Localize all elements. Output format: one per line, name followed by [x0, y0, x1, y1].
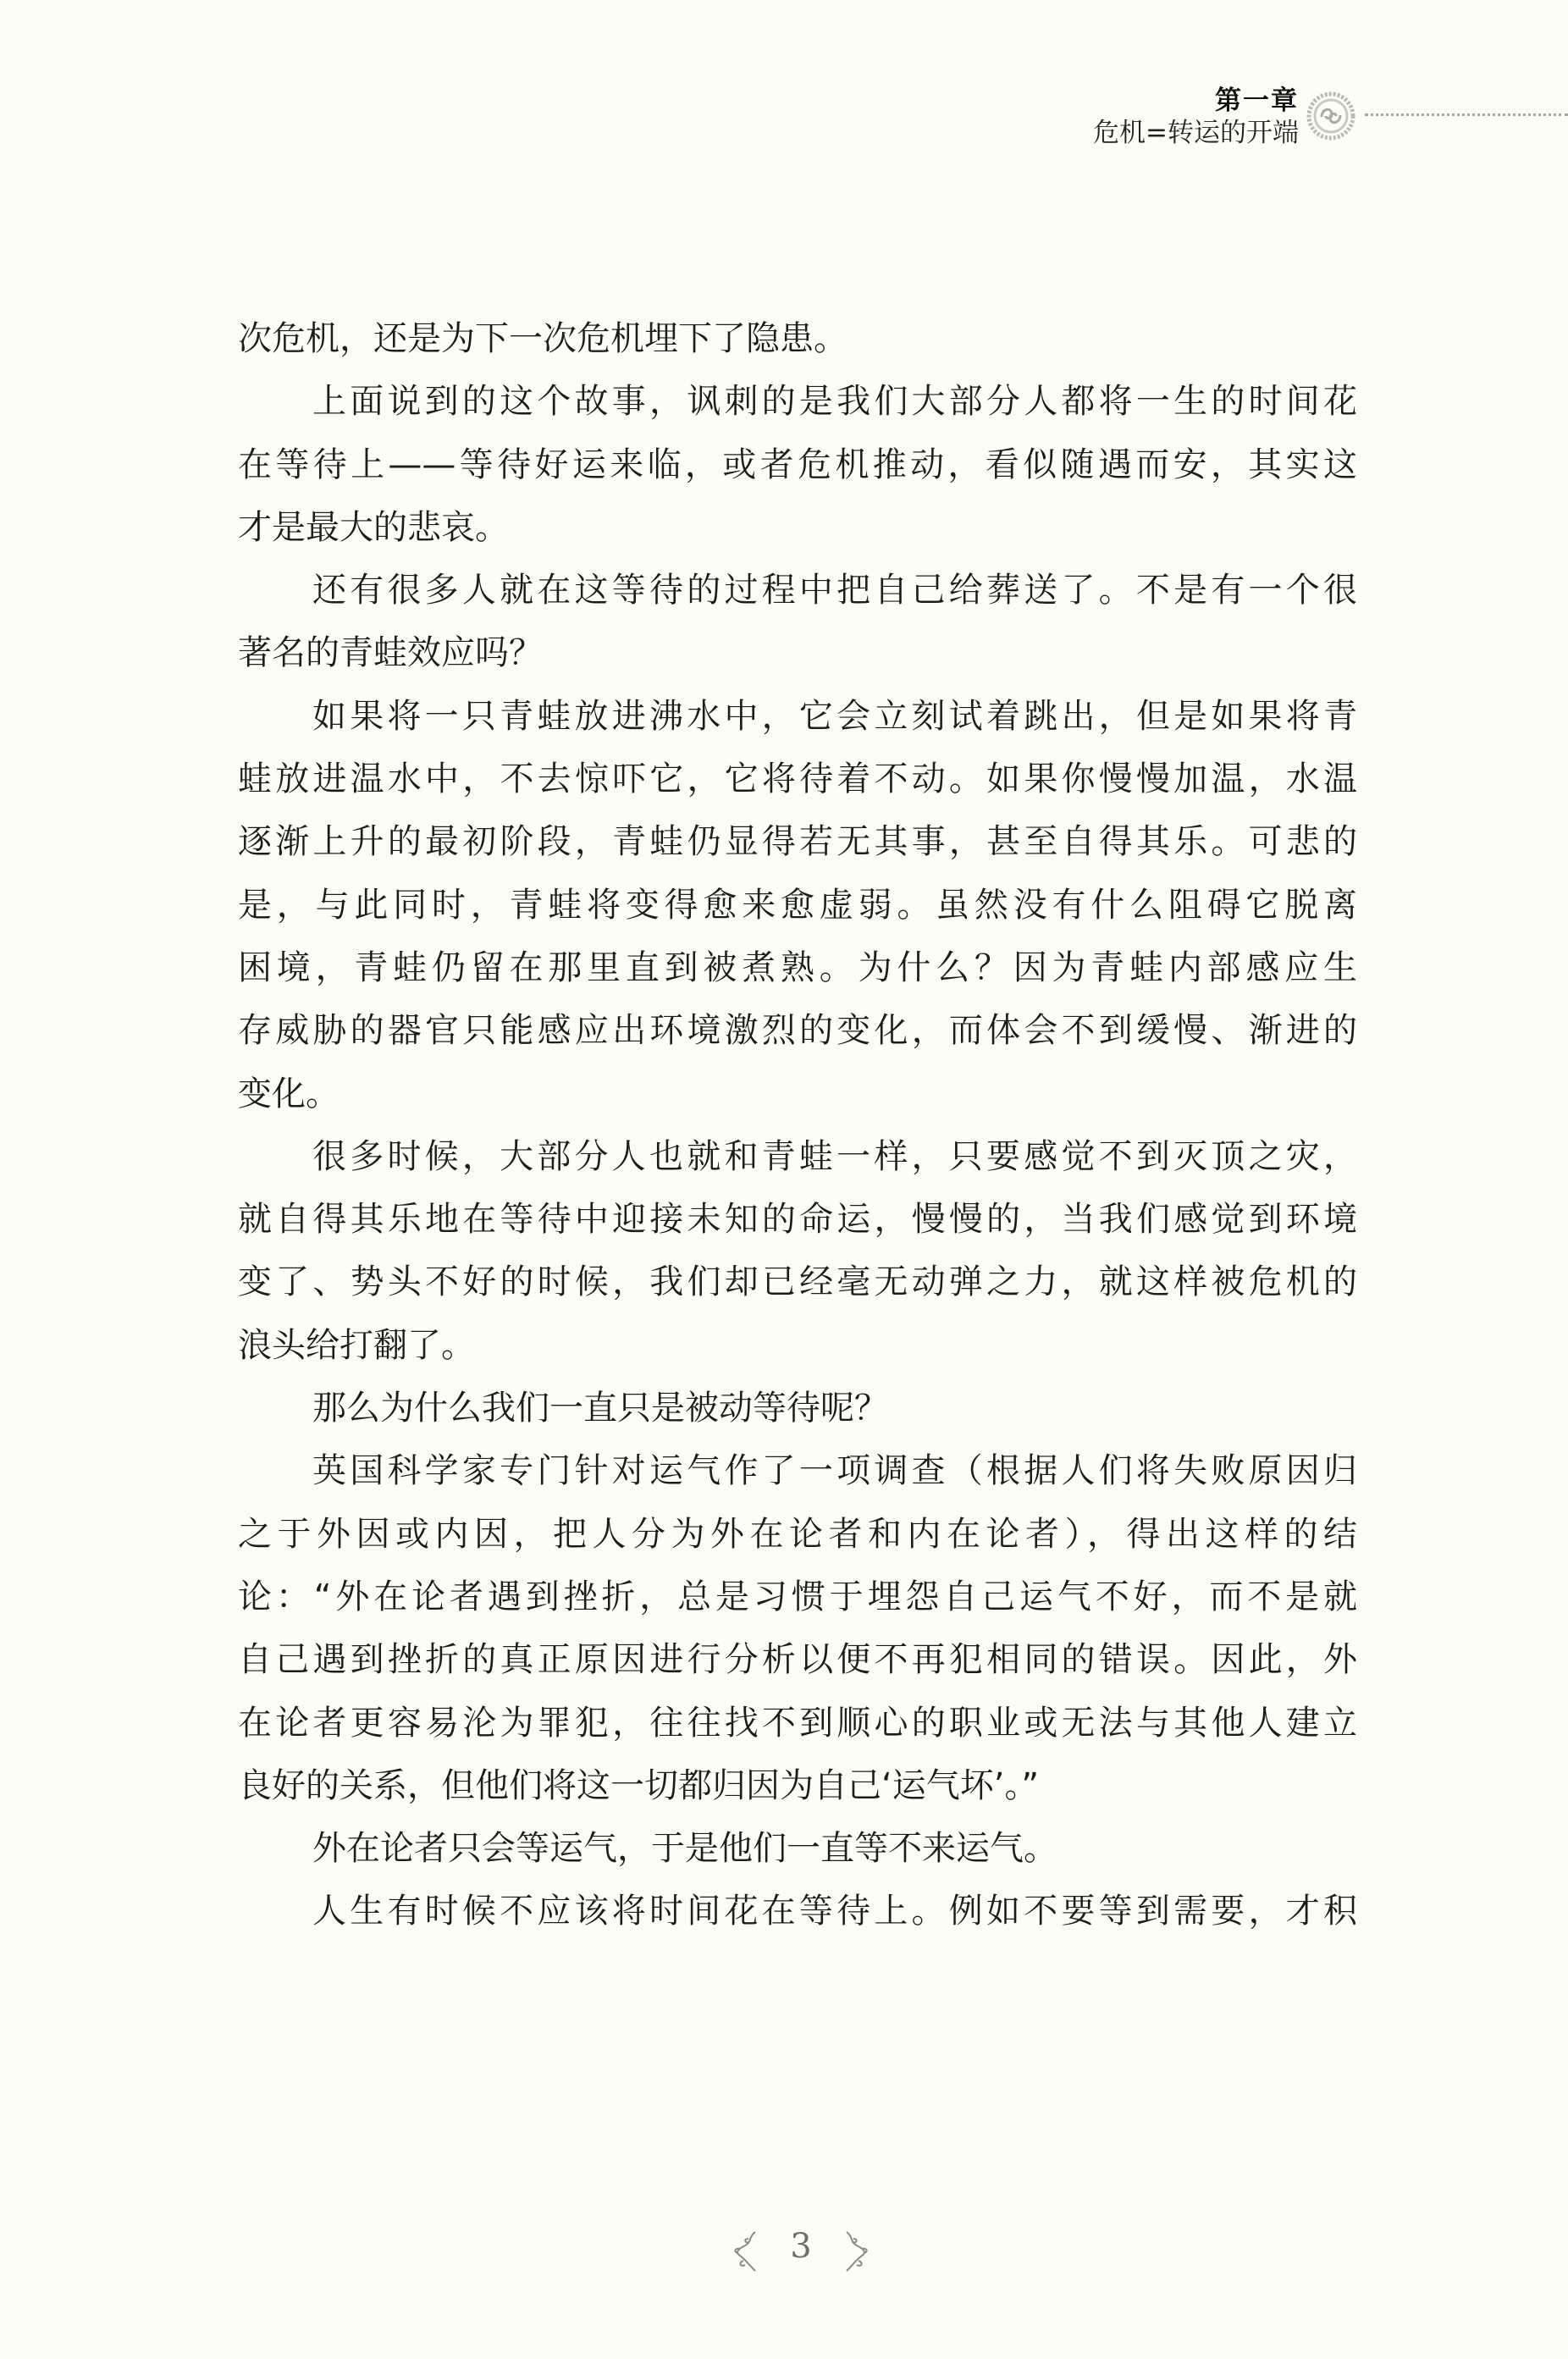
chapter-label: 第一章 — [1093, 85, 1299, 117]
text-line: 之于外因或内因，把人分为外在论者和内在论者），得出这样的结 — [238, 1513, 1357, 1576]
header-dotted-rule — [1365, 113, 1568, 116]
text-line: 逐渐上升的最初阶段，青蛙仍显得若无其事，甚至自得其乐。可悲的 — [238, 820, 1357, 883]
text-line: 变化。 — [238, 1073, 1357, 1135]
text-line: 外在论者只会等运气，于是他们一直等不来运气。 — [238, 1827, 1357, 1890]
floral-ornament-left-icon — [730, 2230, 764, 2273]
text-line: 上面说到的这个故事，讽刺的是我们大部分人都将一生的时间花 — [238, 380, 1357, 443]
text-line: 如果将一只青蛙放进沸水中，它会立刻试着跳出，但是如果将青 — [238, 695, 1357, 758]
text-line: 还有很多人就在这等待的过程中把自己给葬送了。不是有一个很 — [238, 569, 1357, 632]
text-line: 才是最大的悲哀。 — [238, 506, 1357, 569]
text-line: 那么为什么我们一直只是被动等待呢？ — [238, 1387, 1357, 1450]
text-line: 浪头给打翻了。 — [238, 1324, 1357, 1387]
text-line: 在论者更容易沦为罪犯，往往找不到顺心的职业或无法与其他人建立 — [238, 1702, 1357, 1765]
text-line: 英国科学家专门针对运气作了一项调查（根据人们将失败原因归 — [238, 1450, 1357, 1512]
text-line: 次危机，还是为下一次危机埋下了隐患。 — [238, 318, 1357, 380]
text-line: 良好的关系，但他们将这一切都归因为自己‘运气坏’。” — [238, 1765, 1357, 1827]
page-footer: 3 — [0, 2218, 1568, 2278]
text-line: 著名的青蛙效应吗？ — [238, 632, 1357, 694]
body-text: 次危机，还是为下一次危机埋下了隐患。上面说到的这个故事，讽刺的是我们大部分人都将… — [238, 318, 1357, 1953]
floral-ornament-right-icon — [838, 2230, 872, 2273]
page-number: 3 — [784, 2227, 818, 2266]
text-line: 是，与此同时，青蛙将变得愈来愈虚弱。虽然没有什么阻碍它脱离 — [238, 884, 1357, 947]
text-line: 论：“外在论者遇到挫折，总是习惯于埋怨自己运气不好，而不是就 — [238, 1576, 1357, 1638]
text-line: 在等待上——等待好运来临，或者危机推动，看似随遇而安，其实这 — [238, 444, 1357, 506]
swirl-emblem-icon — [1306, 91, 1355, 141]
text-line: 很多时候，大部分人也就和青蛙一样，只要感觉不到灭顶之灾， — [238, 1135, 1357, 1198]
running-header: 第一章 危机=转运的开端 — [1093, 85, 1299, 149]
text-line: 蛙放进温水中，不去惊吓它，它将待着不动。如果你慢慢加温，水温 — [238, 758, 1357, 820]
text-line: 困境，青蛙仍留在那里直到被煮熟。为什么？因为青蛙内部感应生 — [238, 947, 1357, 1009]
text-line: 变了、势头不好的时候，我们却已经毫无动弹之力，就这样被危机的 — [238, 1261, 1357, 1323]
text-line: 人生有时候不应该将时间花在等待上。例如不要等到需要，才积 — [238, 1890, 1357, 1953]
text-line: 就自得其乐地在等待中迎接未知的命运，慢慢的，当我们感觉到环境 — [238, 1198, 1357, 1261]
chapter-title: 危机=转运的开端 — [1093, 117, 1299, 149]
text-line: 自己遇到挫折的真正原因进行分析以便不再犯相同的错误。因此，外 — [238, 1638, 1357, 1701]
text-line: 存威胁的器官只能感应出环境激烈的变化，而体会不到缓慢、渐进的 — [238, 1009, 1357, 1072]
